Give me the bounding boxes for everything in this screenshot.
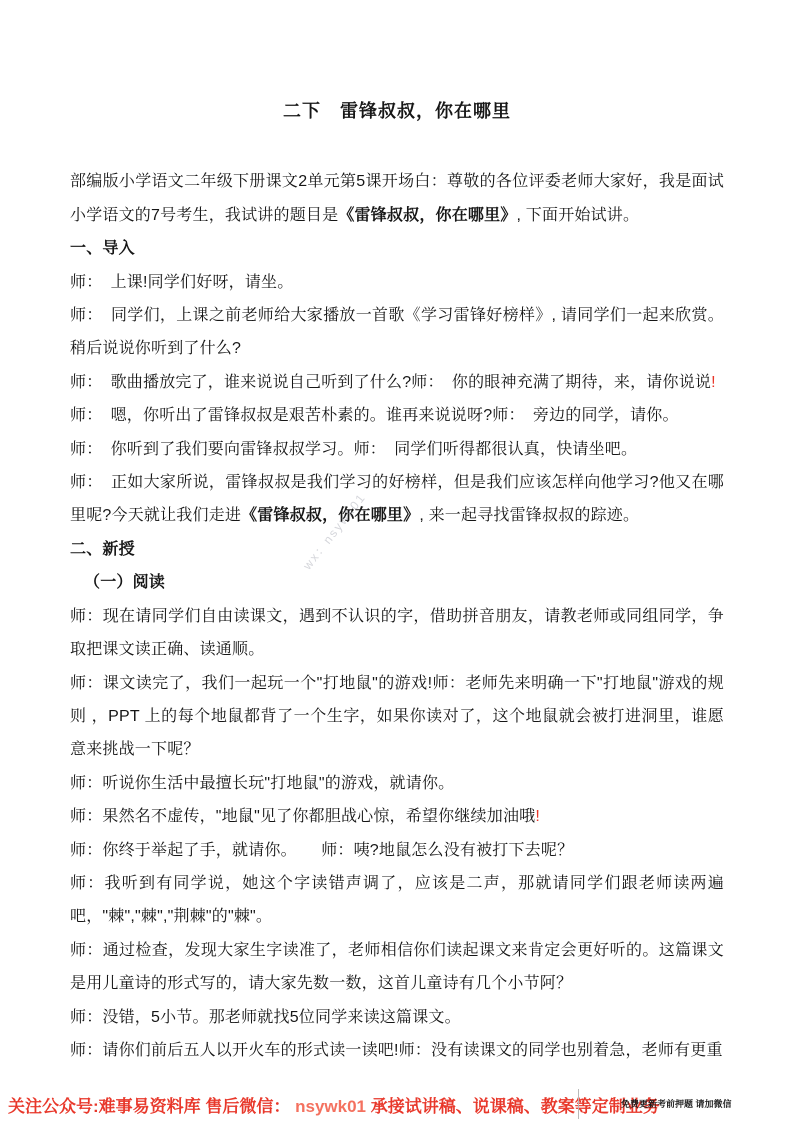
- paragraph: 师：果然名不虚传，"地鼠"见了你都胆战心惊，希望你继续加油哦!: [70, 800, 724, 833]
- text-segment: , 来一起寻找雷锋叔叔的踪迹。: [419, 507, 639, 524]
- text-segment: 师：听说你生活中最擅长玩"打地鼠"的游戏，就请你。: [70, 775, 454, 792]
- text-segment: 《雷锋叔叔，你在哪里》: [241, 507, 419, 524]
- text-segment: !: [711, 374, 716, 391]
- footer-promo-suffix: 承接试讲稿、说课稿、教案等定制业务: [366, 1097, 660, 1116]
- paragraph: 师： 你听到了我们要向雷锋叔叔学习。师： 同学们听得都很认真，快请坐吧。: [70, 433, 724, 466]
- text-segment: （一）阅读: [84, 574, 165, 591]
- paragraph: 师：课文读完了，我们一起玩一个"打地鼠"的游戏!师：老师先来明确一下"打地鼠"游…: [70, 667, 724, 767]
- text-segment: 师：课文读完了，我们一起玩一个"打地鼠"的游戏!师：老师先来明确一下"打地鼠"游…: [70, 675, 724, 759]
- footer-note: 免费更新考前押题 请加微信: [621, 1097, 732, 1110]
- text-segment: 用儿童诗的形式写的，请大家先数一数，这首儿童诗有几个小节阿？: [86, 975, 572, 992]
- document-page: { "page": { "background": "#ffffff", "te…: [0, 0, 794, 1122]
- paragraph: 师：没错，5小节。那老师就找5位同学来读这篇课文。: [70, 1001, 724, 1034]
- text-segment: 师：果然名不虚传，"地鼠"见了你都胆战心惊，希望你继续加油哦: [70, 808, 535, 825]
- text-segment: 师： 同学们，上课之前老师给大家播放一首歌《学习雷锋好榜样》, 请同学们一起来欣…: [70, 307, 724, 357]
- paragraph: 师：你终于举起了手，就请你。 师：咦?地鼠怎么没有被打下去呢？: [70, 834, 724, 867]
- paragraph: 师：通过检查，发现大家生字读准了，老师相信你们读起课文来肯定会更好听的。这篇课文…: [70, 934, 724, 1001]
- text-segment: , 下面开始试讲。: [517, 207, 640, 224]
- paragraph: 师： 上课!同学们好呀，请坐。: [70, 266, 724, 299]
- footer-promo-prefix: 关注公众号:难事易资料库 售后微信：: [8, 1097, 295, 1116]
- doc-heading1: 二、新授: [70, 533, 724, 566]
- document-body: 二下 雷锋叔叔，你在哪里部编版小学语文二年级下册课文2单元第5课开场白：尊敬的各…: [70, 95, 724, 1067]
- paragraph: 部编版小学语文二年级下册课文2单元第5课开场白：尊敬的各位评委老师大家好，我是面…: [70, 165, 724, 232]
- text-segment: 一、导入: [70, 240, 135, 257]
- footer-wechat-id: nsywk01: [295, 1097, 366, 1116]
- text-segment: 二下 雷锋叔叔，你在哪里: [283, 101, 511, 121]
- paragraph: 师：现在请同学们自由读课文，遇到不认识的字，借助拼音朋友，请教老师或同组同学，争…: [70, 600, 724, 667]
- text-segment: 师：现在请同学们自由读课文，遇到不认识的字，借助拼音朋友，请教老师或同组同学，争…: [70, 608, 724, 658]
- text-segment: !: [535, 808, 540, 825]
- paragraph: 师： 歌曲播放完了，谁来说说自己听到了什么?师： 你的眼神充满了期待，来，请你说…: [70, 366, 724, 399]
- paragraph: 师： 嗯，你听出了雷锋叔叔是艰苦朴素的。谁再来说说呀?师： 旁边的同学，请你。: [70, 399, 724, 432]
- text-segment: 师： 嗯，你听出了雷锋叔叔是艰苦朴素的。谁再来说说呀?师： 旁边的同学，请你。: [70, 407, 679, 424]
- paragraph: 师： 正如大家所说，雷锋叔叔是我们学习的好榜样，但是我们应该怎样向他学习?他又在…: [70, 466, 724, 533]
- paragraph: 师：我听到有同学说，她这个字读错声调了，应该是二声，那就请同学们跟老师读两遍吧，…: [70, 867, 724, 934]
- text-segment: 师： 歌曲播放完了，谁来说说自己听到了什么?师： 你的眼神充满了期待，来，请你说…: [70, 374, 711, 391]
- text-segment: 师： 你听到了我们要向雷锋叔叔学习。师： 同学们听得都很认真，快请坐吧。: [70, 441, 637, 458]
- text-segment: 师： 上课!同学们好呀，请坐。: [70, 274, 293, 291]
- text-segment: 二、新授: [70, 541, 135, 558]
- text-segment: 师：请你们前后五人以开火车的形式读一读吧!师：没有读课文的同学也别着急，老师有更…: [70, 1042, 723, 1059]
- doc-title: 二下 雷锋叔叔，你在哪里: [70, 95, 724, 128]
- text-segment: 师：你终于举起了手，就请你。 师：咦?地鼠怎么没有被打下去呢？: [70, 842, 573, 859]
- doc-heading1: 一、导入: [70, 232, 724, 265]
- text-segment: 师：没错，5小节。那老师就找5位同学来读这篇课文。: [70, 1009, 461, 1026]
- page-footer: 关注公众号:难事易资料库 售后微信： nsywk01 承接试讲稿、说课稿、教案等…: [0, 1086, 794, 1122]
- footer-divider: [578, 1089, 579, 1119]
- doc-heading2: （一）阅读: [70, 566, 724, 599]
- paragraph: 师： 同学们，上课之前老师给大家播放一首歌《学习雷锋好榜样》, 请同学们一起来欣…: [70, 299, 724, 366]
- text-segment: 师：我听到有同学说，她这个字读错声调了，应该是二声，那就请同学们跟老师读两遍吧，…: [70, 875, 724, 925]
- paragraph: 师：请你们前后五人以开火车的形式读一读吧!师：没有读课文的同学也别着急，老师有更…: [70, 1034, 724, 1067]
- footer-promo: 关注公众号:难事易资料库 售后微信： nsywk01 承接试讲稿、说课稿、教案等…: [8, 1092, 660, 1117]
- text-segment: 《雷锋叔叔，你在哪里》: [338, 207, 516, 224]
- paragraph: 师：听说你生活中最擅长玩"打地鼠"的游戏，就请你。: [70, 767, 724, 800]
